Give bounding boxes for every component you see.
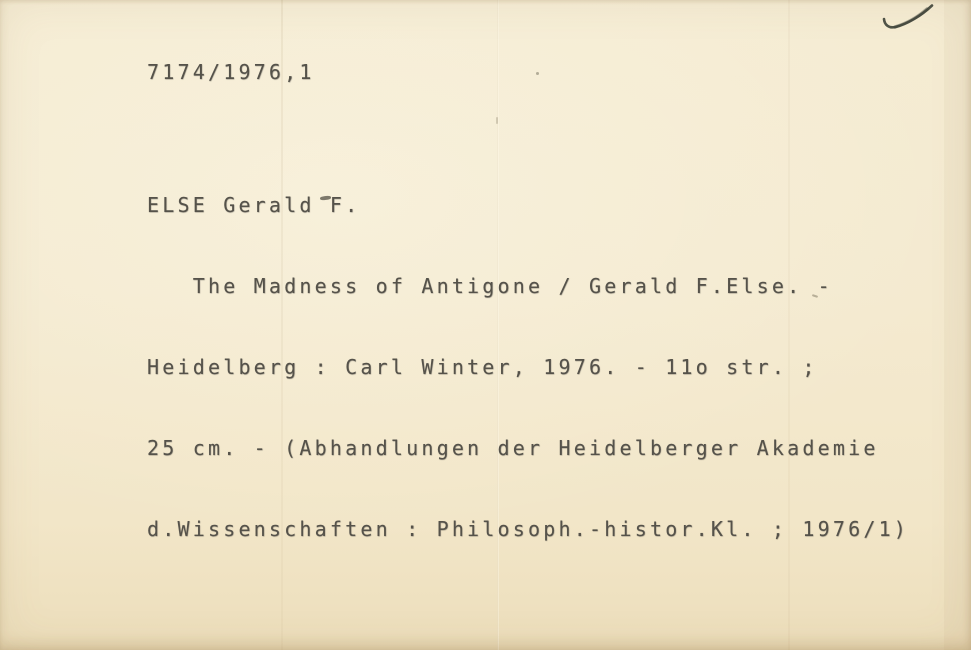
scan-streak	[944, 0, 971, 650]
catalog-entry: ELSE Gerald F. The Madness of Antigone /…	[147, 138, 909, 597]
paper-speck	[536, 72, 539, 75]
catalog-card: 7174/1976,1 ELSE Gerald F. The Madness o…	[0, 0, 971, 650]
pen-checkmark-icon	[870, 0, 945, 42]
author-heading: ELSE Gerald F.	[147, 192, 909, 219]
paper-speck	[496, 117, 498, 124]
description-line-title: The Madness of Antigone / Gerald F.Else.…	[147, 273, 909, 300]
call-number: 7174/1976,1	[147, 59, 315, 86]
description-line-imprint: Heidelberg : Carl Winter, 1976. - 11o st…	[147, 354, 909, 381]
description-line-series-1: 25 cm. - (Abhandlungen der Heidelberger …	[147, 435, 909, 462]
description-line-series-2: d.Wissenschaften : Philosoph.-histor.Kl.…	[147, 516, 909, 543]
